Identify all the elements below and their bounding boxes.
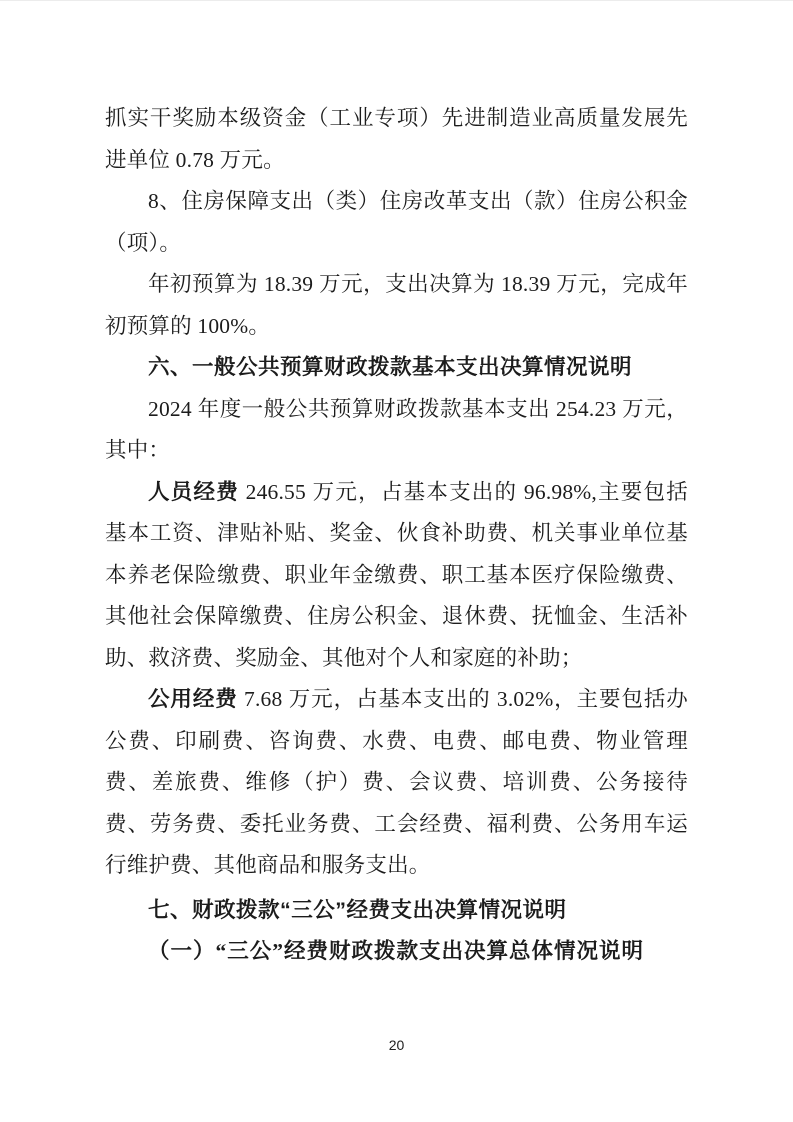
public-funds-label: 公用经费 (148, 687, 238, 711)
public-funds-text: 7.68 万元，占基本支出的 3.02%，主要包括办公费、印刷费、咨询费、水费、… (105, 687, 688, 877)
personnel-funds-label: 人员经费 (148, 480, 239, 504)
document-body: 抓实干奖励本级资金（工业专项）先进制造业高质量发展先进单位 0.78 万元。 8… (105, 98, 688, 973)
paragraph-budget-completion: 年初预算为 18.39 万元，支出决算为 18.39 万元，完成年初预算的 10… (105, 264, 688, 347)
section-heading-6: 六、一般公共预算财政拨款基本支出决算情况说明 (105, 347, 688, 389)
paragraph-basic-expenditure-total: 2024 年度一般公共预算财政拨款基本支出 254.23 万元，其中： (105, 389, 688, 472)
personnel-funds-text: 246.55 万元，占基本支出的 96.98%,主要包括基本工资、津贴补贴、奖金… (105, 480, 688, 670)
paragraph-public-funds: 公用经费 7.68 万元，占基本支出的 3.02%，主要包括办公费、印刷费、咨询… (105, 679, 688, 887)
page-number: 20 (0, 1037, 793, 1053)
paragraph-continuation: 抓实干奖励本级资金（工业专项）先进制造业高质量发展先进单位 0.78 万元。 (105, 98, 688, 181)
paragraph-item-8: 8、住房保障支出（类）住房改革支出（款）住房公积金（项）。 (105, 181, 688, 264)
subsection-heading-7-1: （一）“三公”经费财政拨款支出决算总体情况说明 (105, 931, 688, 973)
section-heading-7: 七、财政拨款“三公”经费支出决算情况说明 (105, 890, 688, 932)
paragraph-personnel-funds: 人员经费 246.55 万元，占基本支出的 96.98%,主要包括基本工资、津贴… (105, 472, 688, 680)
document-page: 抓实干奖励本级资金（工业专项）先进制造业高质量发展先进单位 0.78 万元。 8… (0, 0, 793, 1122)
